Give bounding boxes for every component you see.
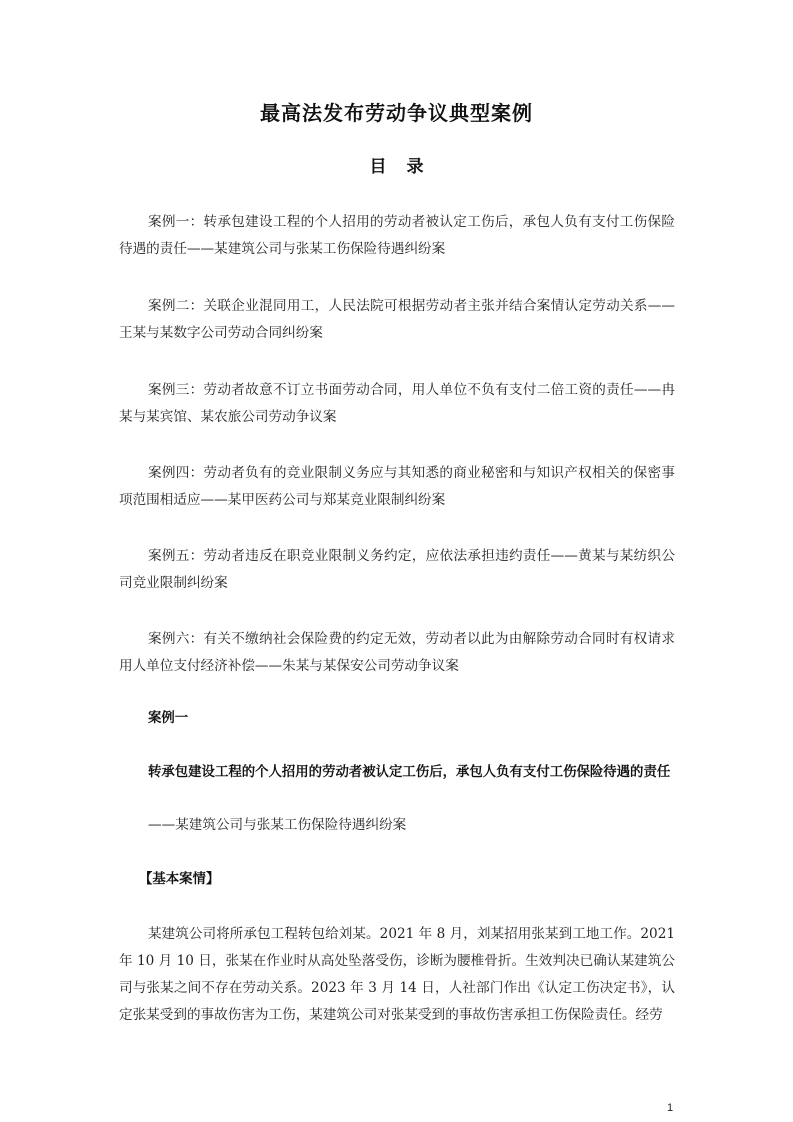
toc-heading: 目录 [0,152,793,177]
case-subtitle: ——某建筑公司与张某工伤保险待遇纠纷案 [148,812,406,839]
toc-entry-5: 案例五：劳动者违反在职竞业限制义务约定，应依法承担违约责任——黄某与某纺织公司竞… [119,543,675,597]
toc-heading-char: 目 [370,157,387,177]
toc-heading-char: 录 [407,157,424,177]
case-heading: 转承包建设工程的个人招用的劳动者被认定工伤后，承包人负有支付工伤保险待遇的责任 [119,759,675,786]
toc-entry-6: 案例六：有关不缴纳社会保险费的约定无效，劳动者以此为由解除劳动合同时有权请求用人… [119,626,675,680]
toc-entry-3: 案例三：劳动者故意不订立书面劳动合同，用人单位不负有支付二倍工资的责任——冉某与… [119,377,675,431]
section-heading: 【基本案情】 [119,866,675,893]
case-label: 案例一 [119,705,675,732]
document-title: 最高法发布劳动争议典型案例 [0,97,793,126]
toc-entry-4: 案例四：劳动者负有的竞业限制义务应与其知悉的商业秘密和与知识产权相关的保密事项范… [119,460,675,514]
case-body: 某建筑公司将所承包工程转包给刘某。2021 年 8 月，刘某招用张某到工地工作。… [119,921,675,1029]
page-number: 1 [667,1102,673,1114]
document-page: 最高法发布劳动争议典型案例 目录 案例一：转承包建设工程的个人招用的劳动者被认定… [0,0,793,1122]
toc-entry-2: 案例二：关联企业混同用工，人民法院可根据劳动者主张并结合案情认定劳动关系——王某… [119,293,675,347]
toc-entry-1: 案例一：转承包建设工程的个人招用的劳动者被认定工伤后，承包人负有支付工伤保险待遇… [119,209,675,263]
